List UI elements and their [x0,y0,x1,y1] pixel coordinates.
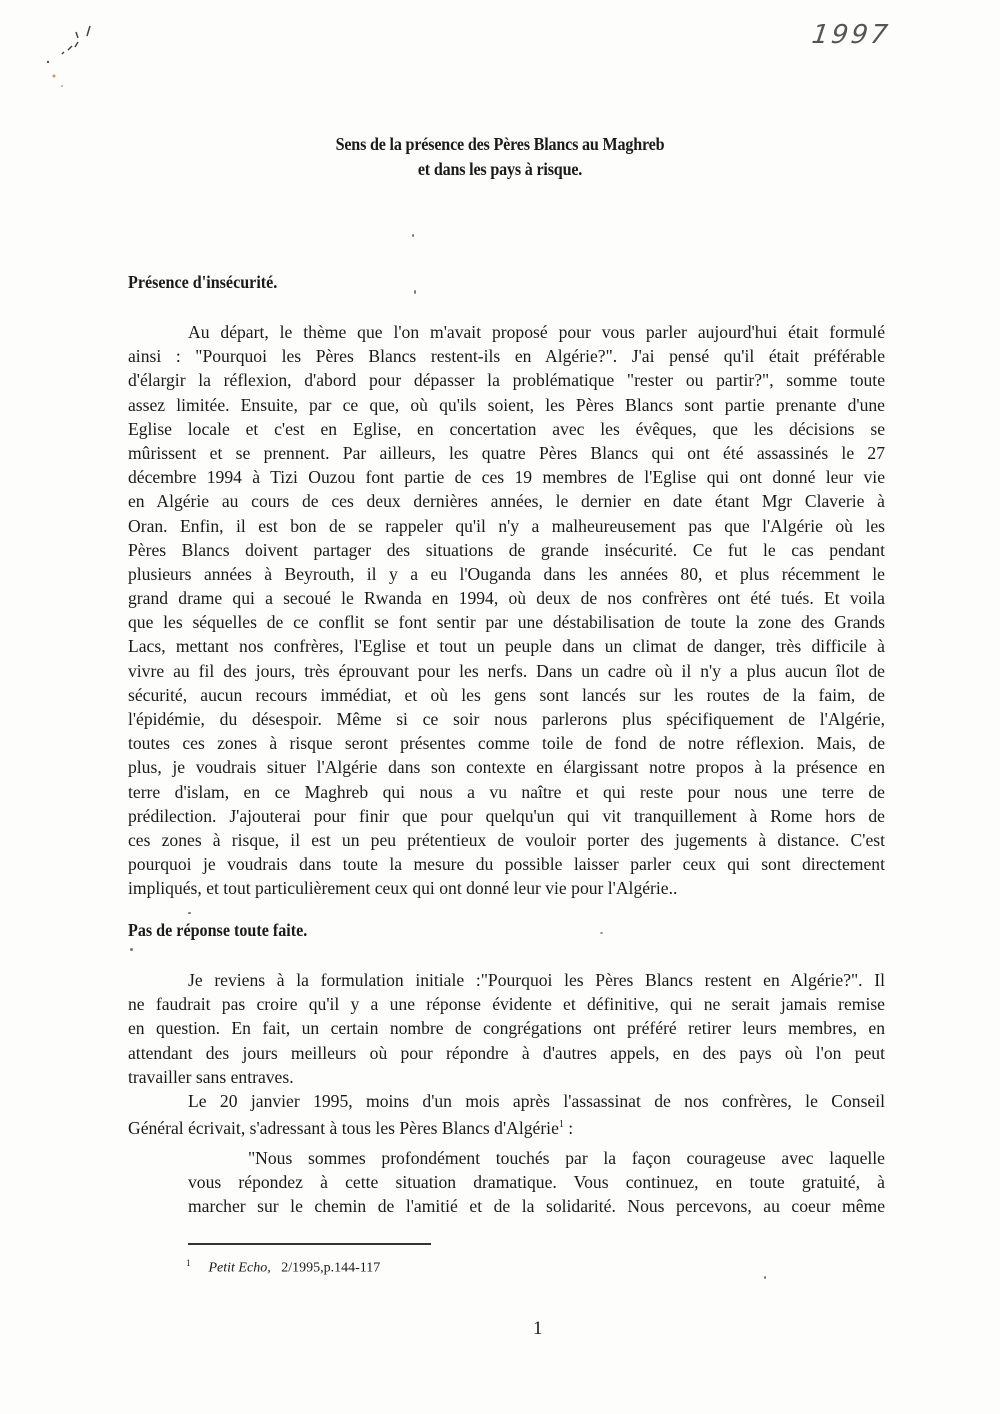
text-line: Eglise locale et c'est en Eglise, en con… [128,417,885,441]
scan-speck [600,932,603,934]
footnote-source: Petit Echo, [209,1261,271,1276]
text-line: ne faudrait pas croire qu'il y a une rép… [128,992,885,1016]
text-fragment: Général écrivait, s'adressant à tous les… [128,1118,559,1138]
scan-mark-scribble [28,18,118,88]
page-number: 1 [533,1318,543,1340]
text-line: en question. En fait, un certain nombre … [128,1016,885,1040]
footnote-number: 1 [186,1258,191,1268]
scan-speck [414,290,416,294]
text-line: décembre 1994 à Tizi Ouzou font partie d… [128,465,885,489]
scan-speck [412,234,414,237]
text-line: travailler sans entraves. [128,1065,885,1089]
scan-speck [764,1276,766,1279]
quote-line: "Nous sommes profondément touchés par la… [188,1146,885,1170]
text-line: Au départ, le thème que l'on m'avait pro… [128,320,885,344]
text-line: Pères Blancs doivent partager des situat… [128,538,885,562]
text-line: prédilection. J'ajouterai pour finir que… [128,804,885,828]
text-line: grand drame qui a secoué le Rwanda en 19… [128,586,885,610]
scan-speck [188,912,191,914]
block-quote-conseil-general: "Nous sommes profondément touchés par la… [188,1146,885,1219]
text-line: en Algérie au cours de ces deux dernière… [128,489,885,513]
text-line: mûrissent et se prennent. Par ailleurs, … [128,441,885,465]
text-line: Le 20 janvier 1995, moins d'un mois aprè… [128,1089,885,1113]
text-line: vivre au fil des jours, très éprouvant p… [128,659,885,683]
document-title: Sens de la présence des Pères Blancs au … [40,132,960,182]
quote-line: marcher sur le chemin de l'amitié et de … [188,1194,885,1218]
footnote: 1Petit Echo, 2/1995,p.144-117 [186,1258,380,1277]
text-line: d'élargir la réflexion, d'abord pour dép… [128,368,885,392]
text-line: assez limitée. Ensuite, par ce que, où q… [128,393,885,417]
footnote-separator [188,1243,431,1245]
text-line: attendant des jours meilleurs où pour ré… [128,1041,885,1065]
footnote-reference: 2/1995,p.144-117 [281,1261,380,1276]
text-line: Lacs, mettant nos confrères, l'Eglise et… [128,634,885,658]
text-line: terre d'islam, en ce Maghreb qui nous a … [128,780,885,804]
scan-speck [130,948,133,951]
text-line: Général écrivait, s'adressant à tous les… [128,1113,885,1137]
text-line: l'épidémie, du désespoir. Même si ce soi… [128,707,885,731]
title-line-1: Sens de la présence des Pères Blancs au … [40,132,960,157]
section-heading-insecurity: Présence d'insécurité. [128,272,277,293]
text-line: ces zones à risque, il est un peu préten… [128,828,885,852]
text-line: Je reviens à la formulation initiale :"P… [128,968,885,992]
quote-line: vous répondez à cette situation dramatiq… [188,1170,885,1194]
text-line: pourquoi je voudrais dans toute la mesur… [128,852,885,876]
text-line: plusieurs années à Beyrouth, il y a eu l… [128,562,885,586]
text-line: plus, je voudrais situer l'Algérie dans … [128,755,885,779]
title-line-2: et dans les pays à risque. [40,157,960,182]
text-line: Oran. Enfin, il est bon de se rappeler q… [128,514,885,538]
paragraph-presence-insecurite: Au départ, le thème que l'on m'avait pro… [128,320,885,901]
text-line: toutes ces zones à risque seront présent… [128,731,885,755]
paragraph-formulation-initiale: Je reviens à la formulation initiale :"P… [128,968,885,1089]
text-line: ainsi : "Pourquoi les Pères Blancs reste… [128,344,885,368]
paragraph-conseil-general: Le 20 janvier 1995, moins d'un mois aprè… [128,1089,885,1137]
text-line: sécurité, aucun recours immédiat, et où … [128,683,885,707]
section-heading-no-ready-answer: Pas de réponse toute faite. [128,920,307,941]
handwritten-year-annotation: 1997 [810,20,892,50]
text-fragment: : [564,1118,573,1138]
text-line: impliqués, et tout particulièrement ceux… [128,876,885,900]
text-line: que les séquelles de ce conflit se font … [128,610,885,634]
